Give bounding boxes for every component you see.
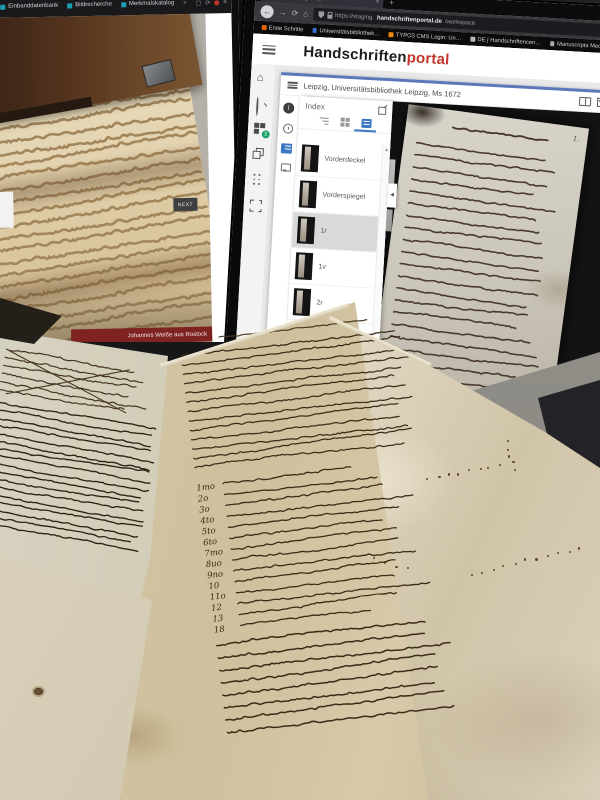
bookmark-favicon — [0, 4, 5, 9]
parchment-hole — [34, 688, 43, 695]
index-list-item-vorderspiegel[interactable]: Vorderspiegel — [293, 176, 388, 217]
active-toggle-underline — [354, 129, 376, 132]
reload-icon[interactable]: ⟳ — [291, 9, 298, 18]
layers-icon[interactable] — [252, 148, 265, 161]
panel-collapse-button[interactable]: ◄ — [387, 183, 397, 207]
wormhole-dot — [512, 461, 514, 463]
list-view-icon-active[interactable] — [361, 119, 371, 129]
index-list-item-1v[interactable]: 1v — [289, 248, 384, 289]
bookmark-favicon — [67, 3, 72, 8]
page-label: 2r — [316, 299, 323, 306]
home-icon[interactable]: ⌂ — [257, 73, 270, 86]
url-prefix: https://staging. — [335, 13, 374, 21]
wormhole-dot — [487, 467, 489, 469]
new-tab-button[interactable]: + — [389, 0, 394, 9]
resize-icon[interactable] — [597, 98, 600, 107]
window-icon[interactable]: ▢ — [196, 0, 202, 6]
folio-number: 1. — [572, 135, 580, 144]
bookmark-favicon — [121, 2, 126, 7]
tab-close-icon[interactable]: × — [375, 0, 379, 5]
scroll-up-icon[interactable]: ▲ — [384, 147, 389, 153]
chevron-more-icon[interactable]: » — [183, 0, 186, 6]
forward-icon[interactable]: → — [278, 8, 286, 17]
drag-dots-icon[interactable] — [253, 174, 262, 186]
left-browser-bookmark[interactable]: Merkmalskatalog — [121, 0, 174, 7]
wormhole-dot — [535, 558, 537, 560]
logo-red: portal — [406, 49, 450, 68]
bookmark-item[interactable]: Universitätsbibliothek… — [312, 27, 380, 37]
left-browser-bookmarks: EinbanddatenbankBildrechercheMerkmalskat… — [0, 0, 174, 10]
reload-icon[interactable]: ⟳ — [205, 0, 210, 6]
bookmark-favicon — [262, 25, 267, 30]
browser-toolbar-icons: ▢ ⟳ ≡ — [196, 0, 227, 6]
logo-black: Handschriften — [303, 43, 407, 66]
bookmark-item[interactable]: Manuscripta Median… — [550, 41, 600, 51]
left-browser-bookmark[interactable]: Einbanddatenbank — [0, 3, 58, 10]
wormhole-dot — [395, 566, 397, 568]
index-list-item-vorderdeckel[interactable]: Vorderdeckel — [295, 140, 390, 181]
grid-view-icon[interactable] — [340, 117, 350, 127]
index-list-item-1r[interactable]: 1r — [291, 212, 386, 253]
workspace-grid-icon[interactable]: 2 — [254, 123, 267, 136]
left-browser-bookmark[interactable]: Bildrecherche — [67, 2, 112, 9]
page-thumbnail[interactable] — [293, 288, 311, 316]
written-page-content: 1mo2o3o4to5to6to7mo8uo9no1011o121318 — [178, 309, 464, 747]
history-icon[interactable] — [282, 123, 293, 134]
record-icon[interactable] — [214, 0, 219, 5]
tree-view-icon[interactable] — [319, 116, 329, 126]
index-panel-title: Index — [305, 102, 325, 112]
bookmark-item[interactable]: Erste Schritte — [262, 24, 304, 32]
wormhole-dot — [373, 557, 375, 559]
wormhole-dot — [508, 455, 510, 457]
bookmark-favicon — [312, 28, 317, 33]
wormhole-dot — [481, 572, 483, 574]
index-list-icon-active[interactable] — [281, 143, 293, 154]
binding-photo — [0, 14, 212, 346]
next-button[interactable]: NEXT — [173, 198, 197, 211]
wormhole-dot — [578, 547, 580, 549]
page-thumbnail[interactable] — [295, 252, 313, 280]
page-thumbnail[interactable] — [297, 216, 315, 244]
home-icon[interactable]: ⌂ — [303, 9, 308, 18]
page-label: 1r — [320, 228, 327, 235]
side-overlay-box — [0, 192, 14, 228]
url-domain: handschriftenportal.de — [377, 15, 442, 25]
wormhole-dot — [507, 440, 509, 442]
info-icon[interactable]: i — [283, 102, 295, 114]
bookmark-favicon — [470, 37, 475, 42]
window-menu-icon[interactable] — [287, 81, 297, 89]
wormhole-dot — [407, 567, 409, 569]
page-label: Vorderdeckel — [324, 156, 365, 165]
shield-icon[interactable] — [318, 11, 324, 18]
external-link-icon[interactable] — [378, 106, 386, 114]
hamburger-menu-icon[interactable] — [262, 45, 275, 55]
portal-logo[interactable]: Handschriftenportal — [303, 43, 450, 68]
annotation-icon[interactable] — [280, 163, 290, 172]
page-thumbnail[interactable] — [299, 180, 317, 208]
open-book-icon[interactable] — [579, 97, 591, 107]
bookmark-item[interactable]: TYPO3 CMS Login: Un… — [389, 32, 462, 42]
left-page-content — [0, 346, 168, 560]
tab-title: Handschriftenportal — [265, 0, 322, 2]
fullscreen-icon[interactable] — [249, 200, 262, 213]
wormhole-dot — [457, 473, 459, 475]
lock-icon — [327, 14, 332, 18]
page-label: 1v — [318, 263, 326, 270]
bookmark-favicon — [389, 32, 394, 37]
left-monitor: EinbanddatenbankBildrechercheMerkmalskat… — [0, 0, 245, 354]
handwritten-book-list: 1mo2o3o4to5to6to7mo8uo9no1011o121318 — [196, 455, 451, 637]
metal-corner-fitting — [142, 59, 176, 88]
bookmark-favicon — [550, 41, 555, 46]
bookmark-item[interactable]: DE | Handschriftencen… — [470, 36, 541, 46]
manuscript-list-number: 18 — [213, 624, 236, 636]
search-icon[interactable] — [255, 98, 268, 111]
workspace-count-badge: 2 — [262, 130, 270, 138]
page-label: Vorderspiegel — [322, 192, 365, 201]
url-path: /workspace — [445, 19, 476, 27]
dense-script-block — [0, 399, 160, 560]
page-thumbnail[interactable] — [301, 144, 319, 172]
menu-icon[interactable]: ≡ — [223, 0, 227, 5]
back-icon[interactable]: ← — [260, 5, 274, 19]
